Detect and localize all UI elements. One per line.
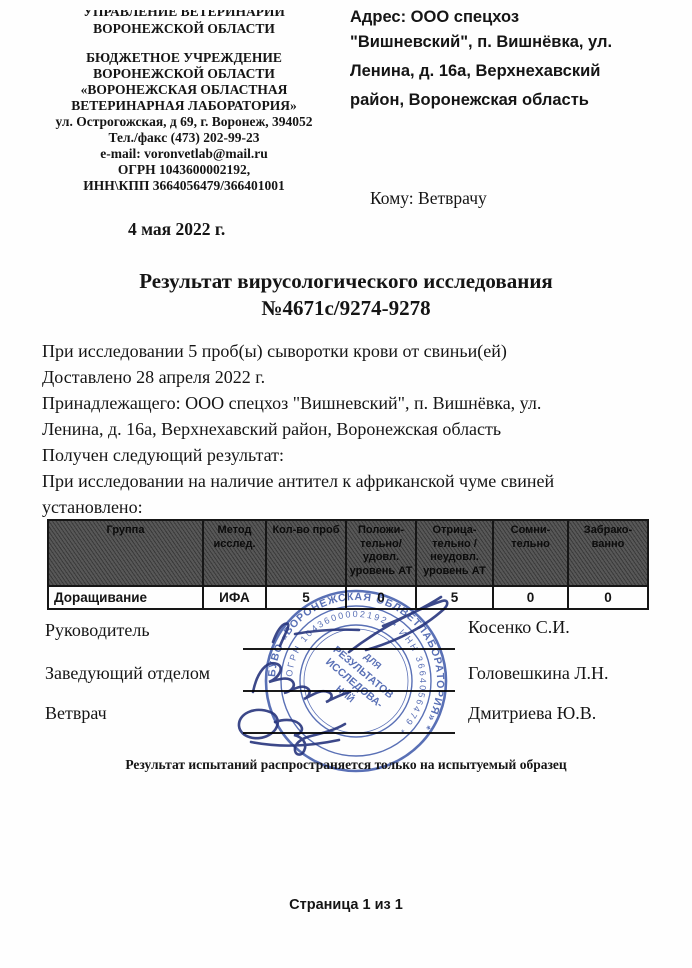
signature-name-department-head: Головешкина Л.Н. — [468, 663, 609, 684]
scanned-document-page: УПРАВЛЕНИЕ ВЕТЕРИНАРИИ ВОРОНЕЖСКОЙ ОБЛАС… — [0, 0, 692, 968]
stamp-and-ink-overlay: БУВО «ВОРОНЕЖСКАЯ ОБЛВЕТЛАБОРАТОРИЯ» * О… — [225, 584, 485, 784]
col-header-method: Метод исслед. — [203, 520, 266, 586]
org-name-line4: ВЕТЕРИНАРНАЯ ЛАБОРАТОРИЯ» — [28, 98, 340, 114]
recipient-address-block: Адрес: ООО спецхоз "Вишневский", п. Вишн… — [350, 10, 650, 115]
recipient-address-line3: Ленина, д. 16а, Верхнехавский — [350, 57, 650, 86]
cell-doubtful: 0 — [493, 586, 568, 609]
recipient-address-line4: район, Воронежская область — [350, 86, 650, 115]
paragraph-owner: Принадлежащего: ООО спецхоз "Вишневский"… — [42, 390, 662, 442]
paragraph-result-intro: Получен следующий результат: — [42, 442, 662, 468]
page-number: Страница 1 из 1 — [0, 897, 692, 913]
document-title: Результат вирусологического исследования… — [0, 268, 692, 322]
org-address: ул. Острогожская, д 69, г. Воронеж, 3940… — [28, 114, 340, 130]
recipient-address-line2: "Вишневский", п. Вишнёвка, ул. — [350, 28, 650, 57]
org-authority-line1: УПРАВЛЕНИЕ ВЕТЕРИНАРИИ — [28, 10, 340, 21]
cell-group: Доращивание — [48, 586, 203, 609]
org-phone: Тел./факс (473) 202-99-23 — [28, 130, 340, 146]
recipient-to-line: Кому: Ветврачу — [370, 188, 487, 209]
org-name-line1: БЮДЖЕТНОЕ УЧРЕЖДЕНИЕ — [28, 50, 340, 66]
paragraph-delivered: Доставлено 28 апреля 2022 г. — [42, 364, 662, 390]
org-name-line3: «ВОРОНЕЖСКАЯ ОБЛАСТНАЯ — [28, 82, 340, 98]
col-header-sample-count: Кол-во проб — [266, 520, 346, 586]
org-ogrn: ОГРН 1043600002192, — [28, 162, 340, 178]
col-header-positive: Положи- тельно/ удовл. уровень АТ — [346, 520, 416, 586]
paragraph-samples: При исследовании 5 проб(ы) сыворотки кро… — [42, 338, 662, 364]
signature-name-veterinarian: Дмитриева Ю.В. — [468, 703, 596, 724]
col-header-negative: Отрица- тельно / неудовл. уровень АТ — [416, 520, 493, 586]
body-text: При исследовании 5 проб(ы) сыворотки кро… — [42, 338, 662, 520]
signature-ink-veterinarian — [239, 710, 345, 755]
signature-role-department-head: Заведующий отделом — [45, 663, 210, 684]
org-inn-kpp: ИНН\КПП 3664056479/366401001 — [28, 178, 340, 194]
recipient-address-line1: Адрес: ООО спецхоз — [350, 10, 650, 28]
col-header-group: Группа — [48, 520, 203, 586]
results-table-header-row: Группа Метод исслед. Кол-во проб Положи-… — [48, 520, 648, 586]
paragraph-test-subject: При исследовании на наличие антител к аф… — [42, 468, 662, 520]
org-name-line2: ВОРОНЕЖСКОЙ ОБЛАСТИ — [28, 66, 340, 82]
col-header-doubtful: Сомни- тельно — [493, 520, 568, 586]
document-number: №4671с/9274-9278 — [0, 295, 692, 322]
disclaimer-text: Результат испытаний распространяется тол… — [0, 757, 692, 773]
org-header-block: УПРАВЛЕНИЕ ВЕТЕРИНАРИИ ВОРОНЕЖСКОЙ ОБЛАС… — [28, 10, 340, 194]
signature-role-director: Руководитель — [45, 620, 150, 641]
cell-rejected: 0 — [568, 586, 648, 609]
col-header-rejected: Забрако- ванно — [568, 520, 648, 586]
document-title-line1: Результат вирусологического исследования — [0, 268, 692, 295]
document-date: 4 мая 2022 г. — [128, 219, 225, 240]
org-email: e-mail: voronvetlab@mail.ru — [28, 146, 340, 162]
signature-role-veterinarian: Ветврач — [45, 703, 107, 724]
org-authority-line2: ВОРОНЕЖСКОЙ ОБЛАСТИ — [28, 21, 340, 37]
